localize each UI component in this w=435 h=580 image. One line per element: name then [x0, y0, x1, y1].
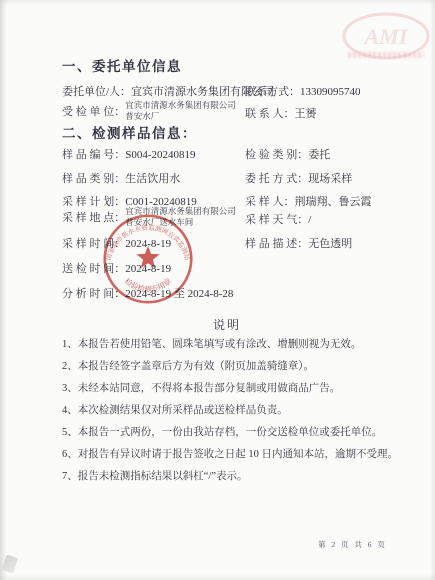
sample-type: 生活饮用水 — [125, 173, 180, 185]
note-item-7: 7、报告未检测指标结果以斜杠“/”表示。 — [62, 466, 403, 488]
inspected-unit-value: 宜宾市清源水务集团有限公司 普安水厂 — [125, 100, 236, 122]
sample-row-location: 采 样 地 点： 宜宾市清源水务集团有限公司 普安水厂送水车间 采 样 天 气：… — [0, 205, 435, 229]
note-item-5: 5、本报告一式两份，一份由我站存档，一份交送检单位或委托单位。 — [62, 422, 403, 444]
inspection-category: 委托 — [308, 149, 330, 161]
contact-person-label: 联 系 人： — [245, 108, 295, 120]
client-name-label: 委托单位/人： — [62, 86, 131, 98]
page-number: 第 2 页 共 6 页 — [318, 539, 387, 550]
seal-bottom-arc-text: 检验检测专用章 — [123, 276, 174, 294]
note-item-6: 6、对报告有异议时请于报告签收之日起 10 日内通知本站，逾期不受理。 — [62, 444, 403, 466]
scanned-report-page: AMI 一、委托单位信息 委托单位/人：宜宾市清源水务集团有限公司 联系方式：1… — [0, 0, 435, 580]
contact-phone-value: 13309095740 — [300, 86, 361, 98]
note-item-1: 1、本报告若使用铅笔、圆珠笔填写或有涂改、增删则视为无效。 — [62, 334, 403, 356]
note-item-3: 3、未经本站同意，不得将本报告部分复制或用做商品广告。 — [62, 378, 403, 400]
inspected-unit-label: 受 检 单 位： — [62, 103, 125, 119]
notes-list: 1、本报告若使用铅笔、圆珠笔填写或有涂改、增删则视为无效。 2、本报告经签字盖章… — [62, 334, 403, 488]
sample-description: 无色透明 — [308, 238, 352, 250]
section-heading-client: 一、委托单位信息 — [62, 55, 182, 75]
watermark-subtext-blur — [348, 52, 424, 58]
faint-oval-watermark: AMI — [336, 10, 435, 72]
notes-heading: 说明 — [62, 316, 392, 333]
red-official-seal: 国家城市供水水质监测网宜宾监测站 检验检测专用章 — [101, 212, 195, 306]
contact-person-value: 王赟 — [295, 108, 317, 120]
sample-code: S004-20240819 — [125, 149, 195, 161]
scan-artifact — [2, 555, 18, 574]
commission-method: 现场采样 — [308, 173, 352, 185]
client-row-2: 受 检 单 位： 宜宾市清源水务集团有限公司 普安水厂 联 系 人：王赟 — [0, 99, 435, 123]
contact-phone-label: 联系方式： — [245, 86, 300, 98]
watermark-text: AMI — [363, 24, 409, 49]
note-item-4: 4、本次检测结果仅对所采样品或送检样品负责。 — [62, 400, 403, 422]
seal-star-icon — [136, 246, 159, 268]
section-heading-sample: 二、检测样品信息： — [62, 122, 197, 142]
sampling-weather: / — [308, 214, 311, 226]
note-item-2: 2、本报告经签字盖章后方为有效（附页加盖骑缝章）。 — [62, 356, 403, 378]
